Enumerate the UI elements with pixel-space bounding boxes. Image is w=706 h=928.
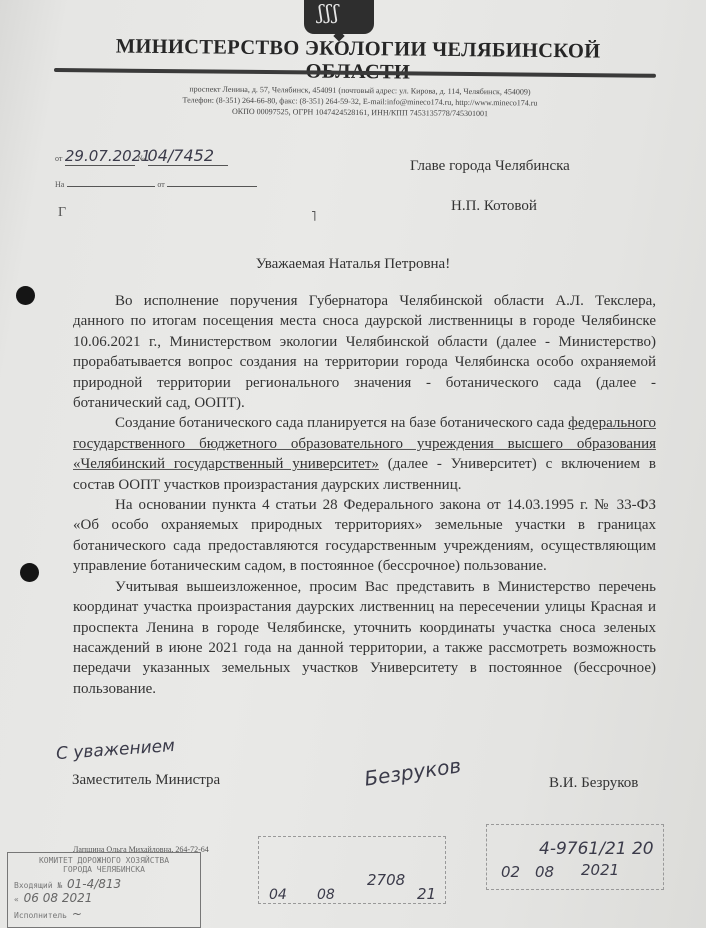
middle-stamp-day: 04 bbox=[269, 887, 287, 903]
corner-mark-right: ˥ bbox=[311, 210, 316, 226]
corner-mark-left: Г bbox=[58, 205, 66, 221]
hole-punch bbox=[20, 563, 39, 582]
paragraph-4: Учитывая вышеизложенное, просим Вас пред… bbox=[73, 577, 656, 699]
hole-punch bbox=[16, 286, 35, 305]
salutation: Уважаемая Наталья Петровна! bbox=[0, 256, 706, 273]
middle-stamp-number: 2708 bbox=[367, 871, 405, 889]
organization-title: МИНИСТЕРСТВО ЭКОЛОГИИ ЧЕЛЯБИНСКОЙ ОБЛАСТ… bbox=[78, 35, 638, 87]
reply-reference: На от bbox=[55, 176, 257, 190]
paragraph-2-start: Создание ботанического сада планируется … bbox=[115, 415, 568, 431]
stamp-org-line1: КОМИТЕТ ДОРОЖНОГО ХОЗЯЙСТВА bbox=[8, 856, 200, 865]
outgoing-date: 29.07.2021 bbox=[65, 147, 135, 166]
letter-body: Во исполнение поручения Губернатора Челя… bbox=[73, 291, 656, 699]
addressee-title: Главе города Челябинска bbox=[410, 158, 570, 175]
paragraph-1: Во исполнение поручения Губернатора Челя… bbox=[73, 291, 656, 413]
incoming-registration-stamp: КОМИТЕТ ДОРОЖНОГО ХОЗЯЙСТВА ГОРОДА ЧЕЛЯБ… bbox=[7, 852, 201, 928]
reply-label: На bbox=[55, 180, 64, 189]
signature: Безруков bbox=[363, 753, 463, 790]
emblem-glyph: ʃʃʃ bbox=[318, 0, 340, 24]
right-stamp-year: 2021 bbox=[581, 861, 619, 879]
stamp-executor-label: Исполнитель bbox=[14, 911, 67, 920]
outgoing-reference: от 29.07.2021 № 04/7452 bbox=[55, 146, 228, 166]
reply-date-field bbox=[167, 176, 257, 187]
reply-number-field bbox=[67, 176, 155, 187]
stamp-incoming-label: Входящий № bbox=[14, 881, 62, 890]
from-label: от bbox=[55, 154, 62, 163]
middle-stamp-year: 21 bbox=[417, 885, 436, 903]
signatory-name: В.И. Безруков bbox=[549, 775, 638, 792]
stamp-org-line2: ГОРОДА ЧЕЛЯБИНСКА bbox=[8, 865, 200, 874]
outgoing-number: 04/7452 bbox=[148, 146, 228, 166]
stamp-date: 06 08 2021 bbox=[24, 891, 93, 905]
right-stamp-month: 08 bbox=[535, 863, 554, 881]
stamp-incoming-number: 01-4/813 bbox=[67, 877, 121, 891]
middle-stamp-month: 08 bbox=[317, 887, 335, 903]
right-stamp-number: 4-9761/21 20 bbox=[539, 839, 654, 859]
handwritten-closing: С уважением bbox=[55, 736, 175, 764]
stamp-executor-value: ~ bbox=[72, 907, 82, 921]
signatory-position: Заместитель Министра bbox=[72, 772, 220, 789]
stamp-date-prefix: « bbox=[14, 895, 19, 904]
addressee-name: Н.П. Котовой bbox=[451, 198, 537, 215]
coat-of-arms-icon: ʃʃʃ bbox=[304, 0, 374, 34]
registration-stamp-middle: 2708 04 08 21 bbox=[258, 836, 446, 904]
registry-line: ОКПО 00097525, ОГРН 1047424528161, ИНН/К… bbox=[110, 106, 610, 119]
reply-from-label: от bbox=[157, 180, 164, 189]
registration-stamp-right: 4-9761/21 20 02 08 2021 bbox=[486, 824, 664, 890]
number-label: № bbox=[137, 154, 145, 163]
right-stamp-day: 02 bbox=[501, 863, 520, 881]
paragraph-3: На основании пункта 4 статьи 28 Федераль… bbox=[73, 495, 656, 577]
paragraph-2: Создание ботанического сада планируется … bbox=[73, 413, 656, 495]
